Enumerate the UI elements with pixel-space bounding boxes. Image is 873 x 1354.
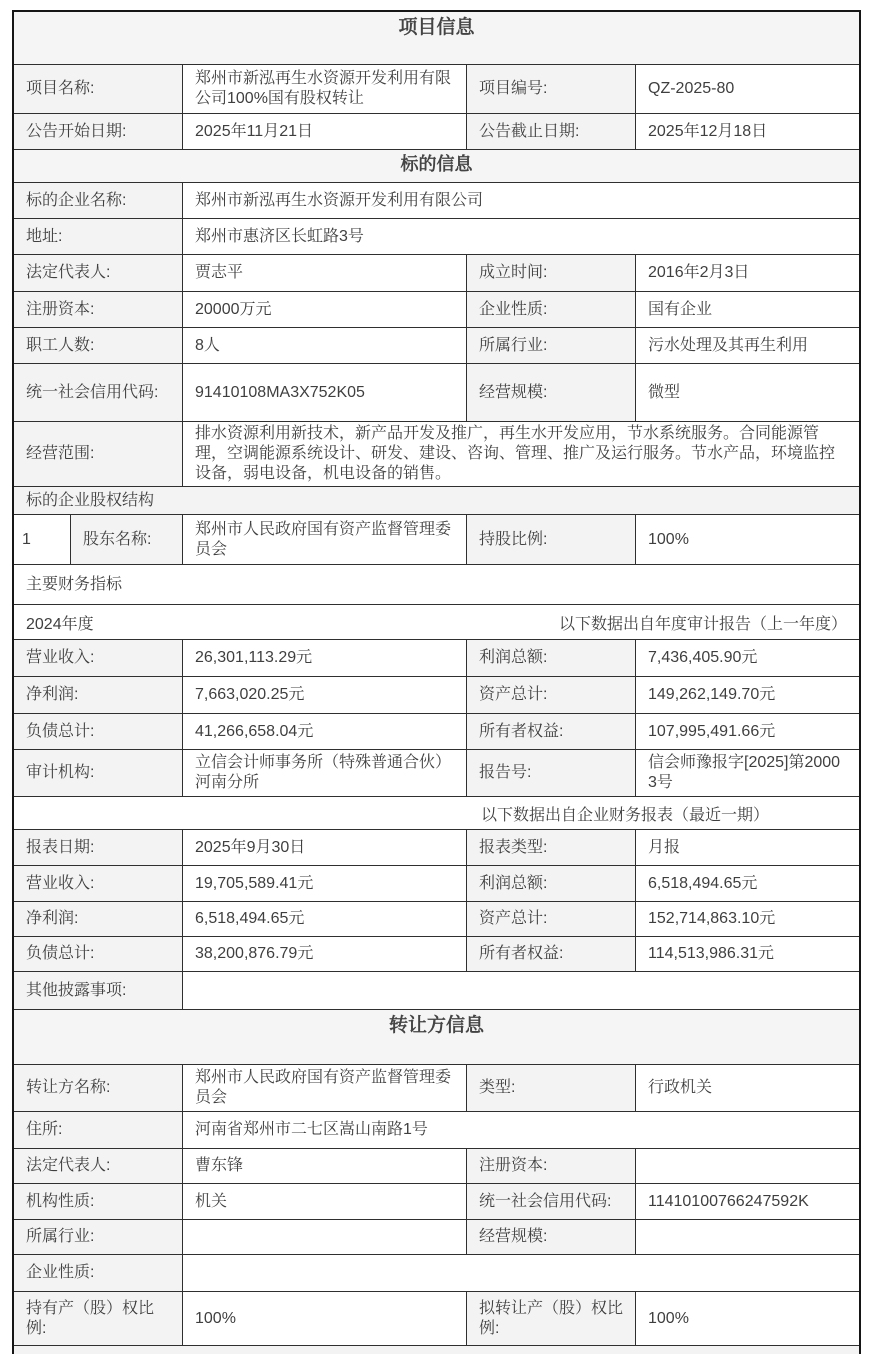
row-target-address: 地址: 郑州市惠济区长虹路3号: [14, 219, 859, 255]
latest-assets-value: 152,714,863.10元: [635, 902, 859, 936]
row-transferor-ent-nature: 企业性质:: [14, 1255, 859, 1292]
shareholder-label: 股东名称:: [70, 515, 182, 564]
annual-revenue-label: 营业收入:: [14, 640, 182, 676]
business-scope-value: 排水资源利用新技术，新产品开发及推广，再生水开发应用，节水系统服务。合同能源管理…: [182, 422, 859, 486]
section-title-transferor-info-text: 转让方信息: [389, 1010, 484, 1064]
latest-assets-label: 资产总计:: [466, 902, 635, 936]
row-target-legal-rep: 法定代表人: 贾志平 成立时间: 2016年2月3日: [14, 255, 859, 292]
target-industry-value: 污水处理及其再生利用: [635, 328, 859, 363]
row-transferor-address: 住所: 河南省郑州市二七区嵩山南路1号: [14, 1112, 859, 1149]
row-target-company: 标的企业名称: 郑州市新泓再生水资源开发利用有限公司: [14, 183, 859, 219]
transferor-legal-value: 曹东锋: [182, 1149, 466, 1183]
row-announcement-dates: 公告开始日期: 2025年11月21日 公告截止日期: 2025年12月18日: [14, 114, 859, 150]
info-table: 项目信息 项目名称: 郑州市新泓再生水资源开发利用有限公司100%国有股权转让 …: [12, 10, 861, 1354]
project-name-label: 项目名称:: [14, 65, 182, 113]
section-title-target-info: 标的信息: [14, 150, 859, 183]
finance-title: 主要财务指标: [14, 565, 134, 604]
transferor-type-label: 类型:: [466, 1065, 635, 1111]
transferor-credit-label: 统一社会信用代码:: [466, 1184, 635, 1219]
row-target-capital: 注册资本: 20000万元 企业性质: 国有企业: [14, 292, 859, 328]
target-scale-value: 微型: [635, 364, 859, 421]
row-annual-period: 2024年度 以下数据出自年度审计报告（上一年度）: [14, 605, 859, 640]
target-legal-label: 法定代表人:: [14, 255, 182, 291]
target-credit-value: 91410108MA3X752K05: [182, 364, 466, 421]
annual-assets-label: 资产总计:: [466, 677, 635, 713]
annual-liabilities-label: 负债总计:: [14, 714, 182, 749]
annual-assets-value: 149,262,149.70元: [635, 677, 859, 713]
latest-net-profit-value: 6,518,494.65元: [182, 902, 466, 936]
annual-liabilities-value: 41,266,658.04元: [182, 714, 466, 749]
transferor-org-value: 机关: [182, 1184, 466, 1219]
held-ratio-value: 100%: [182, 1292, 466, 1345]
target-staff-value: 8人: [182, 328, 466, 363]
target-address-value: 郑州市惠济区长虹路3号: [182, 219, 859, 254]
target-company-label: 标的企业名称:: [14, 183, 182, 218]
target-company-value: 郑州市新泓再生水资源开发利用有限公司: [182, 183, 859, 218]
report-no-label: 报告号:: [466, 750, 635, 796]
other-disclosures-value: [182, 972, 859, 1009]
latest-liabilities-value: 38,200,876.79元: [182, 937, 466, 971]
target-address-label: 地址:: [14, 219, 182, 254]
annual-profit-total-label: 利润总额:: [466, 640, 635, 676]
report-type-label: 报表类型:: [466, 830, 635, 865]
transferor-capital-label: 注册资本:: [466, 1149, 635, 1183]
announce-end-label: 公告截止日期:: [466, 114, 635, 149]
project-name-value: 郑州市新泓再生水资源开发利用有限公司100%国有股权转让: [182, 65, 466, 113]
row-report-date: 报表日期: 2025年9月30日 报表类型: 月报: [14, 830, 859, 866]
announce-start-label: 公告开始日期:: [14, 114, 182, 149]
report-date-label: 报表日期:: [14, 830, 182, 865]
row-finance-title: 主要财务指标: [14, 565, 859, 605]
target-established-value: 2016年2月3日: [635, 255, 859, 291]
row-equity-structure-title: 标的企业股权结构: [14, 487, 859, 515]
latest-profit-total-label: 利润总额:: [466, 866, 635, 901]
transfer-ratio-value: 100%: [635, 1292, 859, 1345]
transferor-industry-label: 所属行业:: [14, 1220, 182, 1254]
latest-equity-value: 114,513,986.31元: [635, 937, 859, 971]
transferor-name-value: 郑州市人民政府国有资产监督管理委员会: [182, 1065, 466, 1111]
shareholding-ratio-label: 持股比例:: [466, 515, 635, 564]
row-equity-ratios: 持有产（股）权比例: 100% 拟转让产（股）权比例: 100%: [14, 1292, 859, 1346]
target-scale-label: 经营规模:: [466, 364, 635, 421]
section-title-project-info: 项目信息: [14, 12, 859, 65]
transferor-org-label: 机构性质:: [14, 1184, 182, 1219]
transferor-industry-value: [182, 1220, 466, 1254]
target-legal-value: 贾志平: [182, 255, 466, 291]
shareholding-ratio-value: 100%: [635, 515, 859, 564]
latest-revenue-label: 营业收入:: [14, 866, 182, 901]
transferor-legal-label: 法定代表人:: [14, 1149, 182, 1183]
row-latest-revenue: 营业收入: 19,705,589.41元 利润总额: 6,518,494.65元: [14, 866, 859, 902]
row-cutoff: [14, 1346, 859, 1354]
section-title-transferor-info: 转让方信息: [14, 1010, 859, 1065]
row-business-scope: 经营范围: 排水资源利用新技术，新产品开发及推广，再生水开发应用，节水系统服务。…: [14, 422, 859, 487]
target-capital-value: 20000万元: [182, 292, 466, 327]
transferor-address-value: 河南省郑州市二七区嵩山南路1号: [182, 1112, 859, 1148]
row-annual-net-profit: 净利润: 7,663,020.25元 资产总计: 149,262,149.70元: [14, 677, 859, 714]
annual-profit-total-value: 7,436,405.90元: [635, 640, 859, 676]
section-title-project-info-text: 项目信息: [398, 12, 474, 64]
announce-end-value: 2025年12月18日: [635, 114, 859, 149]
announcement-page: 项目信息 项目名称: 郑州市新泓再生水资源开发利用有限公司100%国有股权转让 …: [0, 0, 873, 1354]
transfer-ratio-label: 拟转让产（股）权比例:: [466, 1292, 635, 1345]
latest-net-profit-label: 净利润:: [14, 902, 182, 936]
annual-equity-label: 所有者权益:: [466, 714, 635, 749]
target-industry-label: 所属行业:: [466, 328, 635, 363]
row-target-credit-code: 统一社会信用代码: 91410108MA3X752K05 经营规模: 微型: [14, 364, 859, 422]
row-transferor-legal-rep: 法定代表人: 曹东锋 注册资本:: [14, 1149, 859, 1184]
latest-source-note: 以下数据出自企业财务报表（最近一期）: [481, 802, 769, 825]
annual-revenue-value: 26,301,113.29元: [182, 640, 466, 676]
project-code-label: 项目编号:: [466, 65, 635, 113]
shareholder-value: 郑州市人民政府国有资产监督管理委员会: [182, 515, 466, 564]
target-nature-value: 国有企业: [635, 292, 859, 327]
report-date-value: 2025年9月30日: [182, 830, 466, 865]
row-latest-source-note: 以下数据出自企业财务报表（最近一期）: [14, 797, 859, 830]
latest-liabilities-label: 负债总计:: [14, 937, 182, 971]
row-latest-net-profit: 净利润: 6,518,494.65元 资产总计: 152,714,863.10元: [14, 902, 859, 937]
shareholder-index: 1: [14, 515, 70, 564]
row-other-disclosures: 其他披露事项:: [14, 972, 859, 1010]
transferor-credit-value: 11410100766247592K: [635, 1184, 859, 1219]
announce-start-value: 2025年11月21日: [182, 114, 466, 149]
auditor-label: 审计机构:: [14, 750, 182, 796]
target-capital-label: 注册资本:: [14, 292, 182, 327]
annual-source-note: 以下数据出自年度审计报告（上一年度）: [559, 611, 847, 634]
annual-period: 2024年度: [26, 611, 94, 634]
target-established-label: 成立时间:: [466, 255, 635, 291]
transferor-capital-value: [635, 1149, 859, 1183]
annual-net-profit-value: 7,663,020.25元: [182, 677, 466, 713]
transferor-name-label: 转让方名称:: [14, 1065, 182, 1111]
row-annual-revenue: 营业收入: 26,301,113.29元 利润总额: 7,436,405.90元: [14, 640, 859, 677]
target-credit-label: 统一社会信用代码:: [14, 364, 182, 421]
annual-net-profit-label: 净利润:: [14, 677, 182, 713]
row-annual-liabilities: 负债总计: 41,266,658.04元 所有者权益: 107,995,491.…: [14, 714, 859, 750]
transferor-nature-label: 企业性质:: [14, 1255, 182, 1291]
row-transferor-name: 转让方名称: 郑州市人民政府国有资产监督管理委员会 类型: 行政机关: [14, 1065, 859, 1112]
row-target-staff: 职工人数: 8人 所属行业: 污水处理及其再生利用: [14, 328, 859, 364]
section-title-target-info-text: 标的信息: [401, 150, 473, 182]
project-code-value: QZ-2025-80: [635, 65, 859, 113]
latest-equity-label: 所有者权益:: [466, 937, 635, 971]
transferor-type-value: 行政机关: [635, 1065, 859, 1111]
transferor-nature-value: [182, 1255, 859, 1291]
row-shareholder: 1 股东名称: 郑州市人民政府国有资产监督管理委员会 持股比例: 100%: [14, 515, 859, 565]
row-auditor: 审计机构: 立信会计师事务所（特殊普通合伙）河南分所 报告号: 信会师豫报字[2…: [14, 750, 859, 797]
annual-equity-value: 107,995,491.66元: [635, 714, 859, 749]
other-disclosures-label: 其他披露事项:: [14, 972, 182, 1009]
transferor-scale-label: 经营规模:: [466, 1220, 635, 1254]
auditor-value: 立信会计师事务所（特殊普通合伙）河南分所: [182, 750, 466, 796]
equity-structure-title: 标的企业股权结构: [14, 487, 166, 514]
held-ratio-label: 持有产（股）权比例:: [14, 1292, 182, 1345]
report-type-value: 月报: [635, 830, 859, 865]
report-no-value: 信会师豫报字[2025]第20003号: [635, 750, 859, 796]
transferor-scale-value: [635, 1220, 859, 1254]
target-nature-label: 企业性质:: [466, 292, 635, 327]
row-latest-liabilities: 负债总计: 38,200,876.79元 所有者权益: 114,513,986.…: [14, 937, 859, 972]
target-staff-label: 职工人数:: [14, 328, 182, 363]
latest-revenue-value: 19,705,589.41元: [182, 866, 466, 901]
row-project-name: 项目名称: 郑州市新泓再生水资源开发利用有限公司100%国有股权转让 项目编号:…: [14, 65, 859, 114]
business-scope-label: 经营范围:: [14, 422, 182, 486]
row-transferor-industry: 所属行业: 经营规模:: [14, 1220, 859, 1255]
row-transferor-org-nature: 机构性质: 机关 统一社会信用代码: 11410100766247592K: [14, 1184, 859, 1220]
transferor-address-label: 住所:: [14, 1112, 182, 1148]
latest-profit-total-value: 6,518,494.65元: [635, 866, 859, 901]
